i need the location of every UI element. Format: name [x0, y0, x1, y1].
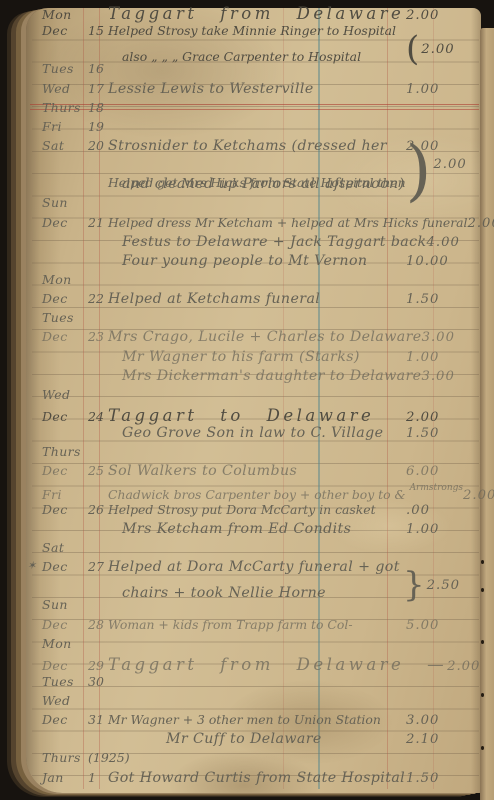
- day-label: Tues: [42, 674, 88, 689]
- date-label: 25: [88, 463, 108, 478]
- amount: 1.00: [406, 522, 460, 537]
- day-label: Tues: [42, 310, 88, 325]
- day-label: Wed: [42, 693, 88, 708]
- amount: 6.00: [406, 464, 460, 479]
- date-label: 30: [88, 674, 108, 689]
- amount-value: 4.00: [427, 235, 460, 250]
- ledger-row: Tues16: [42, 61, 460, 80]
- amount-value: 2.00: [421, 42, 454, 57]
- entry-text: Mrs Ketcham from Ed Condits: [108, 521, 406, 537]
- ledger-row: Dec28Woman + kids from Trapp farm to Col…: [42, 617, 460, 636]
- entry-text: Strosnider to Ketchams (dressed her: [108, 138, 406, 154]
- entry-text: Mr Wagner + 3 other men to Union Station: [108, 712, 406, 727]
- ledger-row: Tues: [42, 310, 460, 329]
- date-label: 22: [88, 291, 108, 306]
- ledger-row: Dec15Helped Strosy take Minnie Ringer to…: [42, 23, 460, 42]
- amount: 2.00: [463, 488, 494, 503]
- day-label: Sun: [42, 597, 88, 612]
- amount: 5.00: [406, 618, 460, 633]
- amount-value: 1.50: [406, 426, 439, 441]
- entry-text: Four young people to Mt Vernon: [108, 253, 406, 269]
- ledger-row: Dec22Helped at Ketchams funeral1.50: [42, 291, 460, 310]
- amount: 3.00: [422, 330, 476, 345]
- ledger-row: Festus to Delaware + Jack Taggart back4.…: [42, 234, 460, 253]
- amount-value: 2.00: [463, 488, 494, 503]
- entry-text: Mr Wagner to his farm (Starks): [108, 349, 406, 365]
- amount-value: 2.00: [406, 8, 439, 23]
- day-label: Mon: [42, 7, 88, 22]
- photo-backdrop: MonTaggart from Delaware2.00Dec15Helped …: [0, 0, 494, 800]
- ledger-row: Sat20Strosnider to Ketchams (dressed her…: [42, 138, 460, 157]
- amount-value: .00: [406, 503, 430, 518]
- amount-value: 1.50: [406, 292, 439, 307]
- ledger-row: Mrs Ketcham from Ed Condits1.00: [42, 521, 460, 540]
- day-label: Thurs: [42, 444, 88, 459]
- amount-value: 1.50: [406, 771, 439, 786]
- amount: 10.00: [406, 254, 460, 269]
- day-label: Mon: [42, 636, 88, 651]
- amount-value: 2.10: [406, 732, 439, 747]
- amount: 1.00: [406, 350, 460, 365]
- amount: 2.00: [447, 659, 494, 674]
- amount-value: 2.00: [406, 410, 439, 425]
- day-label: Dec: [42, 329, 88, 344]
- amount-value: 3.00: [421, 369, 454, 384]
- entry-text: Mrs Dickerman's daughter to Delaware: [108, 368, 421, 384]
- amount-value: 2.50: [427, 578, 460, 593]
- entry-text: and cleaned up Parlors all afternoon): [108, 176, 406, 192]
- amount-value: 6.00: [406, 464, 439, 479]
- amount-value: 2.00: [447, 659, 480, 674]
- amount-value: 10.00: [406, 254, 449, 269]
- date-label: 15: [88, 23, 108, 38]
- date-label: 16: [88, 61, 108, 76]
- ledger-row: Geo Grove Son in law to C. Village1.50: [42, 425, 460, 444]
- ledger-row: Wed17Lessie Lewis to Westerville1.00: [42, 81, 460, 100]
- ledger-row: Mon: [42, 636, 460, 655]
- ledger-row: chairs + took Nellie Horne}2.50: [42, 578, 460, 597]
- stitch-hole: [481, 640, 484, 644]
- day-label: Wed: [42, 81, 88, 96]
- interline-note: Armstrongs: [410, 483, 463, 493]
- amount-value: 5.00: [406, 618, 439, 633]
- ledger-row: Mr Cuff to Delaware2.10: [42, 731, 460, 750]
- amount: 1.50: [406, 771, 460, 786]
- stitch-hole: [481, 560, 484, 564]
- date-label: (1925): [88, 750, 130, 765]
- day-label: Thurs: [42, 100, 88, 115]
- ledger-row: Dec21Helped dress Mr Ketcham + helped at…: [42, 215, 460, 234]
- day-label: Dec: [42, 23, 88, 38]
- entry-text: also „ „ „ Grace Carpenter to Hospital: [108, 49, 406, 64]
- entry-text: Geo Grove Son in law to C. Village: [108, 425, 406, 441]
- day-label: Tues: [42, 61, 88, 76]
- date-label: 21: [88, 215, 108, 230]
- stitch-hole: [481, 588, 484, 592]
- day-label: Dec: [42, 409, 88, 424]
- entry-text: Helped at Dora McCarty funeral + got: [108, 559, 406, 575]
- date-label: 26: [88, 502, 108, 517]
- entry-text: Festus to Delaware + Jack Taggart back: [108, 234, 427, 250]
- amount-value: 1.00: [406, 350, 439, 365]
- ledger-row: Dec26Helped Strosy put Dora McCarty in c…: [42, 502, 460, 521]
- amount: 3.00: [406, 713, 460, 728]
- day-label: Sat: [42, 138, 88, 153]
- ledger-row: and cleaned up Parlors all afternoon): [42, 176, 460, 195]
- ledger-row: FriChadwick bros Carpenter boy + other b…: [42, 483, 460, 502]
- amount: 1.00: [406, 82, 460, 97]
- date-label: 27: [88, 559, 108, 574]
- entry-text: Helped dress Mr Ketcham + helped at Mrs …: [108, 215, 467, 230]
- amount: 4.00: [427, 235, 481, 250]
- ledger-row: Mr Wagner to his farm (Starks)1.00: [42, 349, 460, 368]
- day-label: Fri: [42, 487, 88, 502]
- ledger-row: Helped get Mrs Hicks from State Hospital…: [42, 157, 460, 176]
- ledger-row: Thurs18: [42, 100, 460, 119]
- day-label: Wed: [42, 387, 88, 402]
- entry-text: Mr Cuff to Delaware: [108, 731, 406, 747]
- ledger-row: Dec29Taggart from Delaware —2.00: [42, 655, 460, 674]
- date-label: 23: [88, 329, 108, 344]
- date-label: 31: [88, 712, 108, 727]
- day-label: Fri: [42, 119, 88, 134]
- brace-mark: ): [406, 166, 433, 176]
- amount-value: 3.00: [422, 330, 455, 345]
- ledger-row: Wed: [42, 387, 460, 406]
- margin-mark: ✶: [27, 559, 36, 572]
- ledger-row: Sat: [42, 540, 460, 559]
- day-label: Dec: [42, 617, 88, 632]
- ledger-row: Thurs: [42, 444, 460, 463]
- amount: 2.00: [406, 410, 460, 425]
- amount: 3.00: [421, 369, 475, 384]
- day-label: Sat: [42, 540, 88, 555]
- entry-text: Sol Walkers to Columbus: [108, 463, 406, 479]
- entry-text: Taggart to Delaware: [108, 406, 406, 425]
- entry-text: Taggart from Delaware: [108, 4, 406, 23]
- entry-text: Lessie Lewis to Westerville: [108, 81, 406, 97]
- ledger-row: also „ „ „ Grace Carpenter to Hospital(2…: [42, 42, 460, 61]
- day-label: Dec: [42, 215, 88, 230]
- ledger-row: Fri19: [42, 119, 460, 138]
- date-label: 19: [88, 119, 108, 134]
- entry-text: Helped Strosy take Minnie Ringer to Hosp…: [108, 23, 406, 38]
- amount: 2.10: [406, 732, 460, 747]
- amount: }2.50: [403, 578, 460, 593]
- entry-text: Chadwick bros Carpenter boy + other boy …: [108, 483, 463, 502]
- amount: .00: [406, 503, 460, 518]
- amount-value: 2.00: [433, 157, 466, 172]
- ledger-row: Dec25Sol Walkers to Columbus6.00: [42, 463, 460, 482]
- ledger-entries: MonTaggart from Delaware2.00Dec15Helped …: [26, 4, 460, 789]
- amount: 1.50: [406, 426, 460, 441]
- day-label: Dec: [42, 559, 88, 574]
- day-label: Sun: [42, 195, 88, 210]
- ledger-row: Four young people to Mt Vernon10.00: [42, 253, 460, 272]
- ledger-row: Mon: [42, 272, 460, 291]
- date-label: 20: [88, 138, 108, 153]
- date-label: 29: [88, 658, 108, 673]
- amount: 2.00: [406, 8, 460, 23]
- entry-text: Taggart from Delaware —: [108, 655, 447, 674]
- entry-text: Helped at Ketchams funeral: [108, 291, 406, 307]
- next-page-edge: [480, 28, 494, 800]
- amount: 1.50: [406, 292, 460, 307]
- amount-value: 1.00: [406, 522, 439, 537]
- day-label: Dec: [42, 712, 88, 727]
- date-label: 28: [88, 617, 108, 632]
- date-label: 17: [88, 81, 108, 96]
- amount-value: 1.00: [406, 82, 439, 97]
- day-label: Dec: [42, 463, 88, 478]
- date-label: 1: [88, 770, 108, 785]
- day-label: Thurs: [42, 750, 88, 765]
- ledger-row: Dec24Taggart to Delaware2.00: [42, 406, 460, 425]
- ledger-row: Wed: [42, 693, 460, 712]
- ledger-row: Mrs Dickerman's daughter to Delaware3.00: [42, 368, 460, 387]
- brace-mark: }: [403, 580, 426, 590]
- entry-text: Got Howard Curtis from State Hospital: [108, 770, 406, 786]
- day-label: Dec: [42, 291, 88, 306]
- amount-value: 3.00: [406, 713, 439, 728]
- date-label: 24: [88, 409, 108, 424]
- day-label: Jan: [42, 770, 88, 785]
- amount: )2.00: [406, 157, 467, 172]
- entry-text: Mrs Crago, Lucile + Charles to Delaware: [108, 329, 422, 345]
- stitch-hole: [481, 693, 484, 697]
- amount: (2.00: [406, 42, 460, 57]
- brace-mark: (: [406, 44, 420, 54]
- ledger-row: Thurs(1925): [42, 750, 460, 769]
- ledger-row: Dec23Mrs Crago, Lucile + Charles to Dela…: [42, 329, 460, 348]
- entry-text: chairs + took Nellie Horne: [108, 585, 403, 601]
- amount: 2.00: [467, 216, 494, 231]
- ledger-row: Jan1Got Howard Curtis from State Hospita…: [42, 770, 460, 789]
- ledger-row: Dec31Mr Wagner + 3 other men to Union St…: [42, 712, 460, 731]
- ledger-row: Sun: [42, 195, 460, 214]
- day-label: Dec: [42, 658, 88, 673]
- stitch-hole: [481, 746, 484, 750]
- day-label: Dec: [42, 502, 88, 517]
- day-label: Mon: [42, 272, 88, 287]
- date-label: 18: [88, 100, 108, 115]
- amount-value: 2.00: [467, 216, 494, 231]
- entry-text: Helped Strosy put Dora McCarty in casket: [108, 502, 406, 517]
- ledger-row: MonTaggart from Delaware2.00: [42, 4, 460, 23]
- ledger-row: Tues30: [42, 674, 460, 693]
- ledger-row: ✶Dec27Helped at Dora McCarty funeral + g…: [42, 559, 460, 578]
- entry-text: Woman + kids from Trapp farm to Col-: [108, 617, 406, 632]
